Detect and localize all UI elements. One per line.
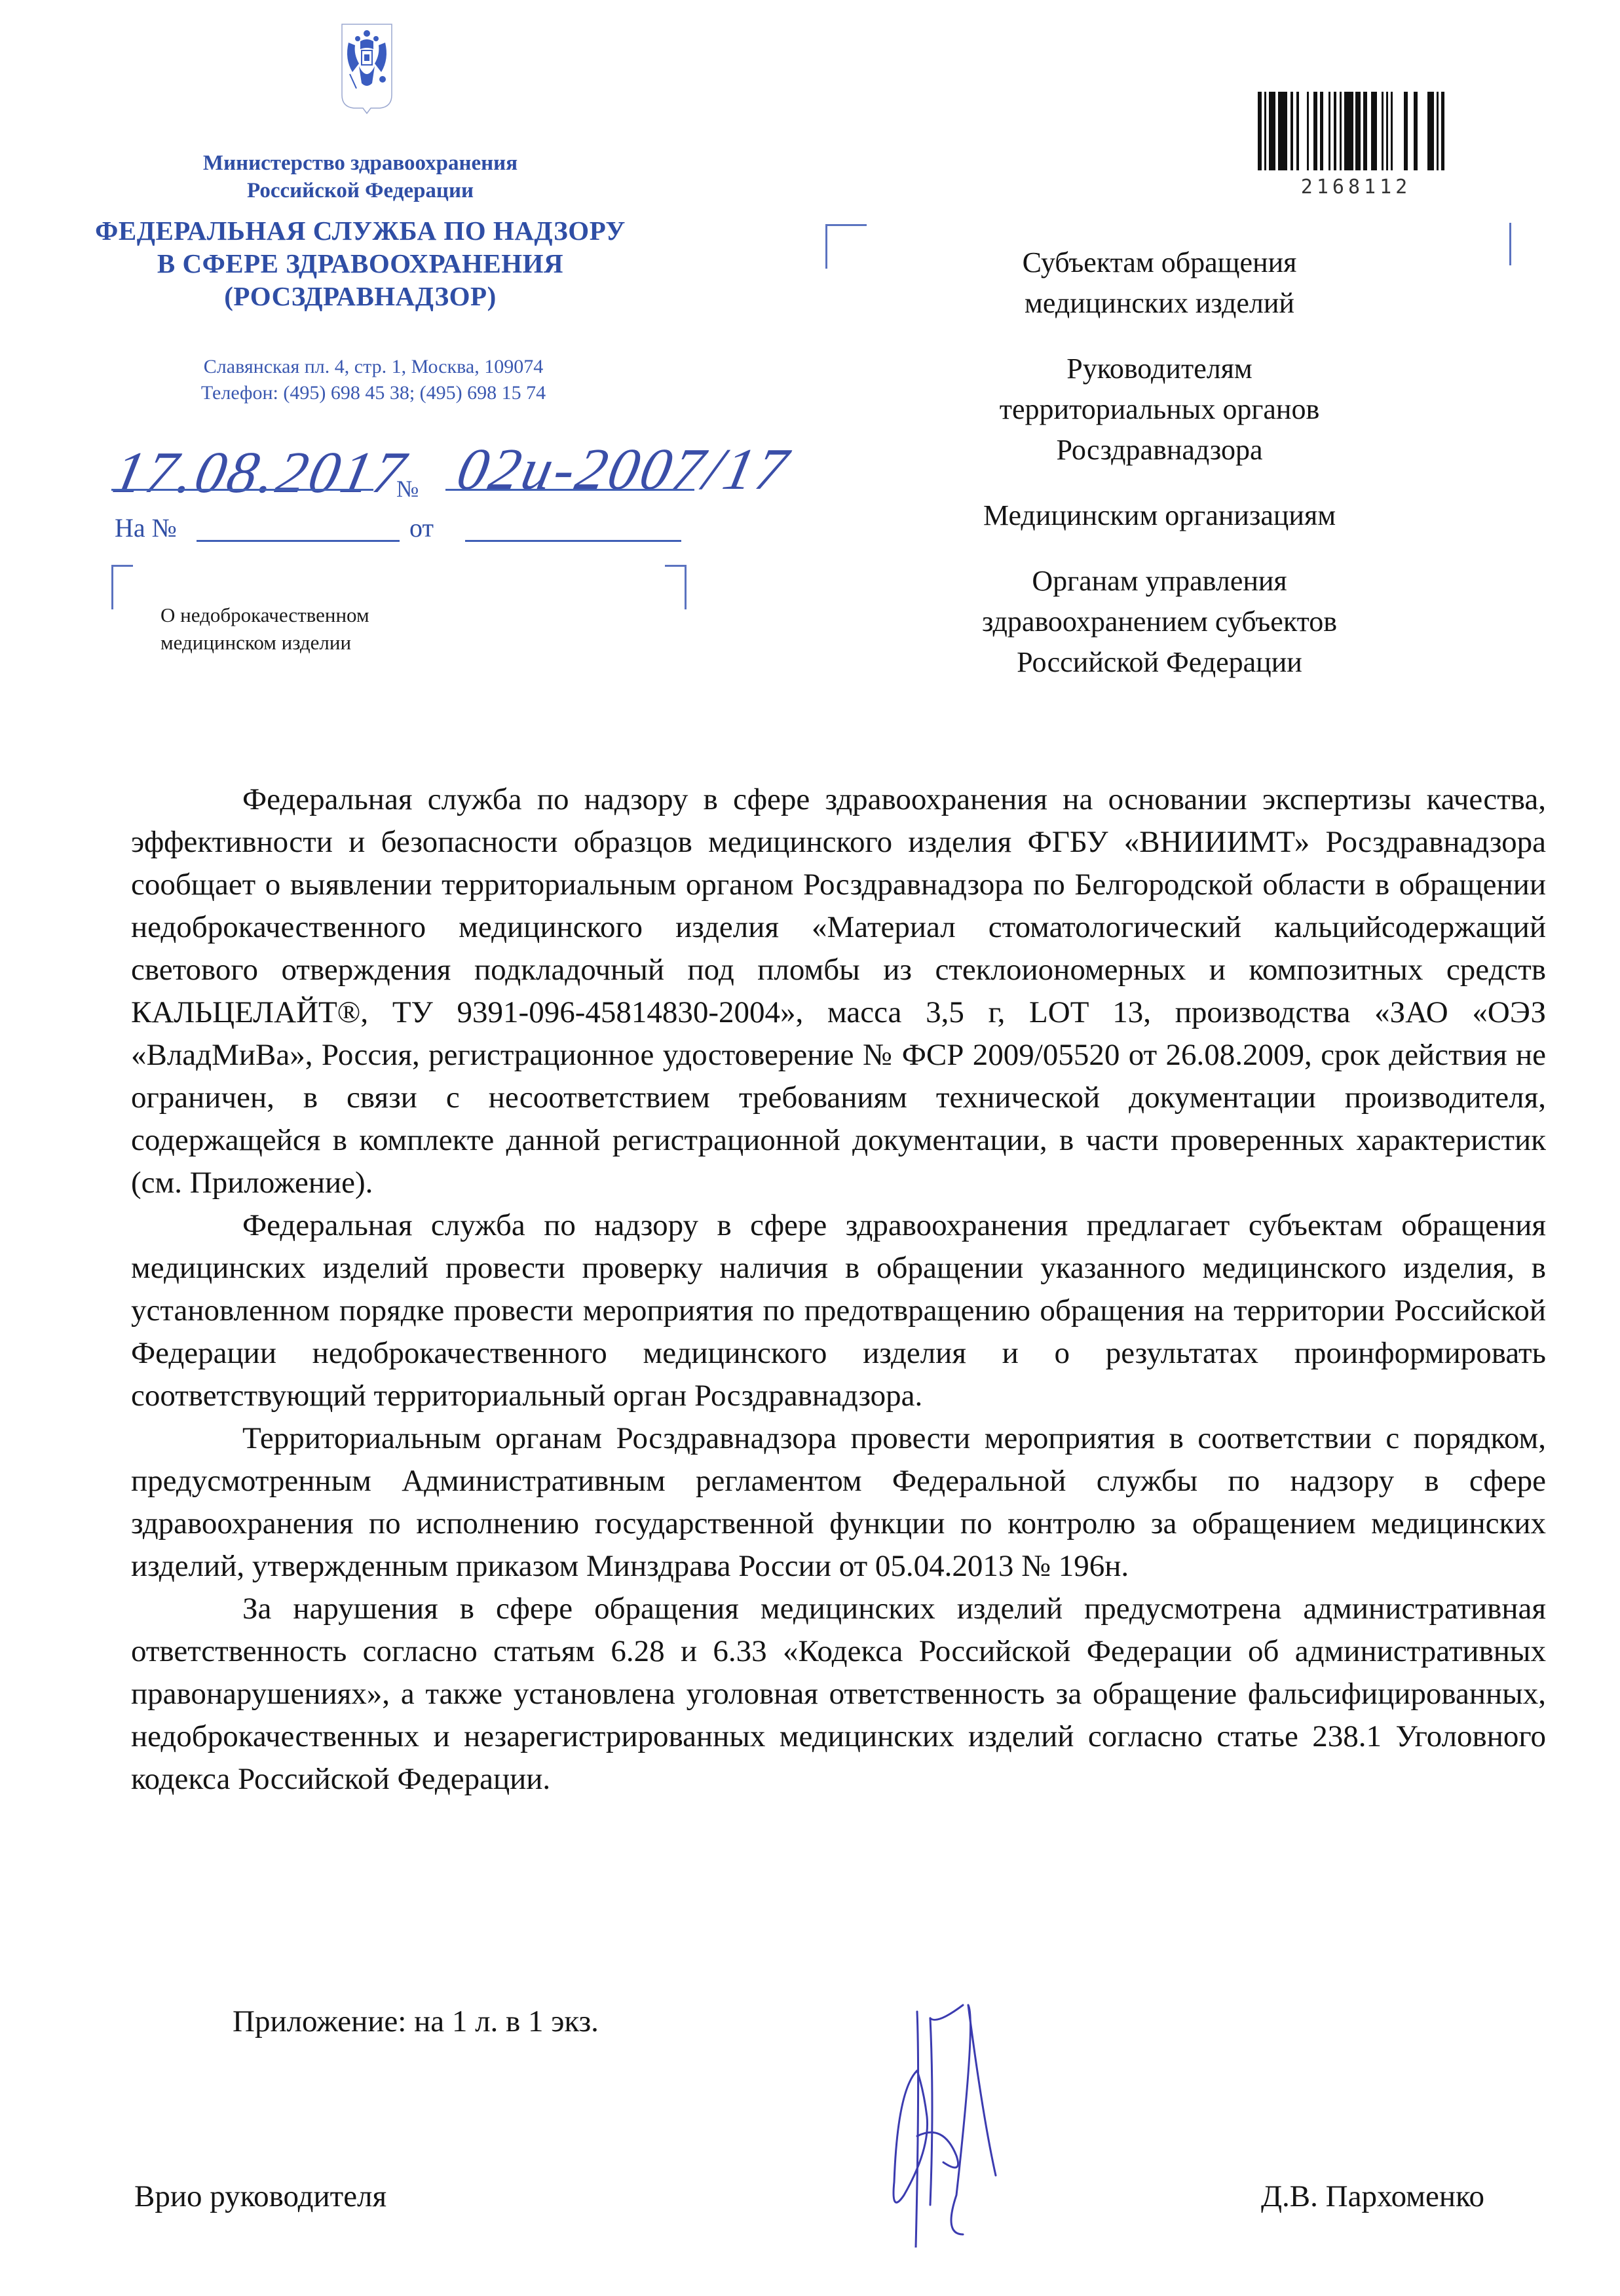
addressee-line: Медицинским организациям [858,495,1461,536]
subject-line: О недоброкачественном [160,602,369,629]
body-paragraph: Федеральная служба по надзору в сфере зд… [131,1204,1546,1417]
barcode-icon [1254,92,1454,174]
letter-subject: О недоброкачественном медицинском издели… [160,602,369,657]
letter-body: Федеральная служба по надзору в сфере зд… [131,778,1546,1801]
agency-phone: Телефон: (495) 698 45 38; (495) 698 15 7… [124,380,622,406]
ministry-line: Российской Федерации [124,177,596,204]
outgoing-number: 02и-2007/17 [451,436,796,503]
handwritten-signature-icon [891,1999,1015,2248]
addressee-line: Руководителям [858,349,1461,389]
body-paragraph: Федеральная служба по надзору в сфере зд… [131,778,1546,1204]
addressee-block: Руководителям территориальных органов Ро… [858,349,1461,470]
barcode-number: 2168112 [1284,176,1428,199]
addressee-line: здравоохранением субъектов [858,602,1461,642]
addressee-block: Органам управления здравоохранением субъ… [858,561,1461,683]
addressee-line: Субъектам обращения [858,242,1461,283]
reply-to-label: На № [115,512,177,543]
addressee-line: медицинских изделий [858,283,1461,324]
reply-to-field [197,540,400,542]
body-paragraph: За нарушения в сфере обращения медицинск… [131,1588,1546,1801]
subject-line: медицинском изделии [160,629,369,657]
subject-bracket-right [665,565,687,609]
addressee-line: территориальных органов [858,389,1461,430]
addressee-line: Российской Федерации [858,642,1461,683]
agency-name: ФЕДЕРАЛЬНАЯ СЛУЖБА ПО НАДЗОРУ В СФЕРЕ ЗД… [85,214,635,313]
number-sign: № [396,475,419,503]
agency-line: ФЕДЕРАЛЬНАЯ СЛУЖБА ПО НАДЗОРУ [85,214,635,247]
addressee-block: Субъектам обращения медицинских изделий [858,242,1461,324]
addressee-line: Росздравнадзора [858,430,1461,470]
ministry-line: Министерство здравоохранения [124,149,596,177]
agency-line: (РОСЗДРАВНАДЗОР) [85,280,635,313]
number-underline [445,489,694,491]
signer-name: Д.В. Пархоменко [1261,2179,1484,2214]
signer-title: Врио руководителя [134,2179,386,2214]
addressee-block: Медицинским организациям [858,495,1461,536]
from-date-label: от [409,512,434,543]
addressee-bracket-right [1508,223,1511,265]
russian-coat-of-arms-icon [341,23,393,115]
agency-contacts: Славянская пл. 4, стр. 1, Москва, 109074… [124,354,622,406]
addressee-line: Органам управления [858,561,1461,602]
body-paragraph: Территориальным органам Росздравнадзора … [131,1417,1546,1588]
outgoing-date: 17.08.2017 [107,439,413,507]
agency-line: В СФЕРЕ ЗДРАВООХРАНЕНИЯ [85,247,635,280]
subject-bracket-left [111,565,133,609]
from-date-field [465,540,681,542]
date-underline [111,489,373,491]
ministry-name: Министерство здравоохранения Российской … [124,149,596,204]
attachment-note: Приложение: на 1 л. в 1 экз. [233,2004,599,2039]
addressee-list: Субъектам обращения медицинских изделий … [858,242,1461,683]
agency-address: Славянская пл. 4, стр. 1, Москва, 109074 [124,354,622,380]
